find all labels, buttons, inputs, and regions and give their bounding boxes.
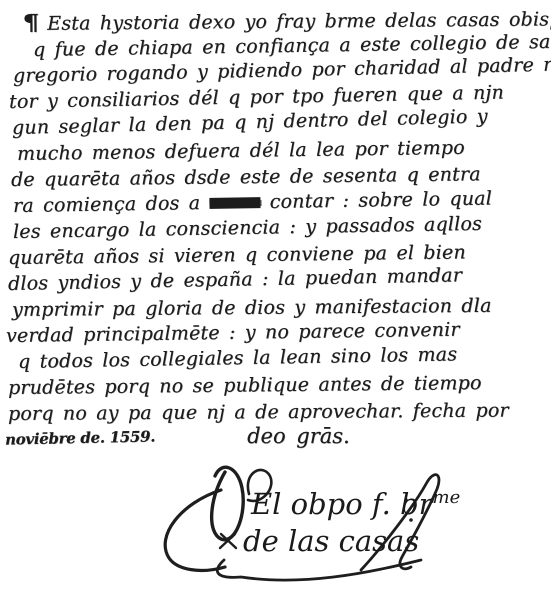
- signature-flourish-left-arc: [165, 490, 225, 570]
- signature-line2: de las casas: [243, 524, 419, 558]
- manuscript-line: porq no ay pa que nj a de aprovechar. fe…: [8, 397, 551, 427]
- deo-gratias: deo grās.: [247, 424, 350, 448]
- manuscript-lines: ¶Esta hystoria dexo yo fray brme delas c…: [0, 0, 551, 427]
- signature-line1: El obpo f. brme: [250, 487, 460, 521]
- dateline: noviēbre de. 1559.: [5, 427, 155, 448]
- manuscript-line: prudētes porq no se publique antes de ti…: [8, 369, 551, 401]
- signature-underline-swash: [217, 560, 421, 580]
- dateline-row: noviēbre de. 1559. deo grās.: [0, 424, 551, 448]
- struck-out-word: ———: [209, 191, 260, 214]
- calderon-paragraph-mark-icon: ¶: [22, 10, 39, 36]
- manuscript-page: ¶Esta hystoria dexo yo fray brme delas c…: [0, 0, 551, 589]
- signature-flourish-oval-loop: [212, 467, 244, 539]
- signature-block: El obpo f. brme de las casas: [103, 448, 483, 588]
